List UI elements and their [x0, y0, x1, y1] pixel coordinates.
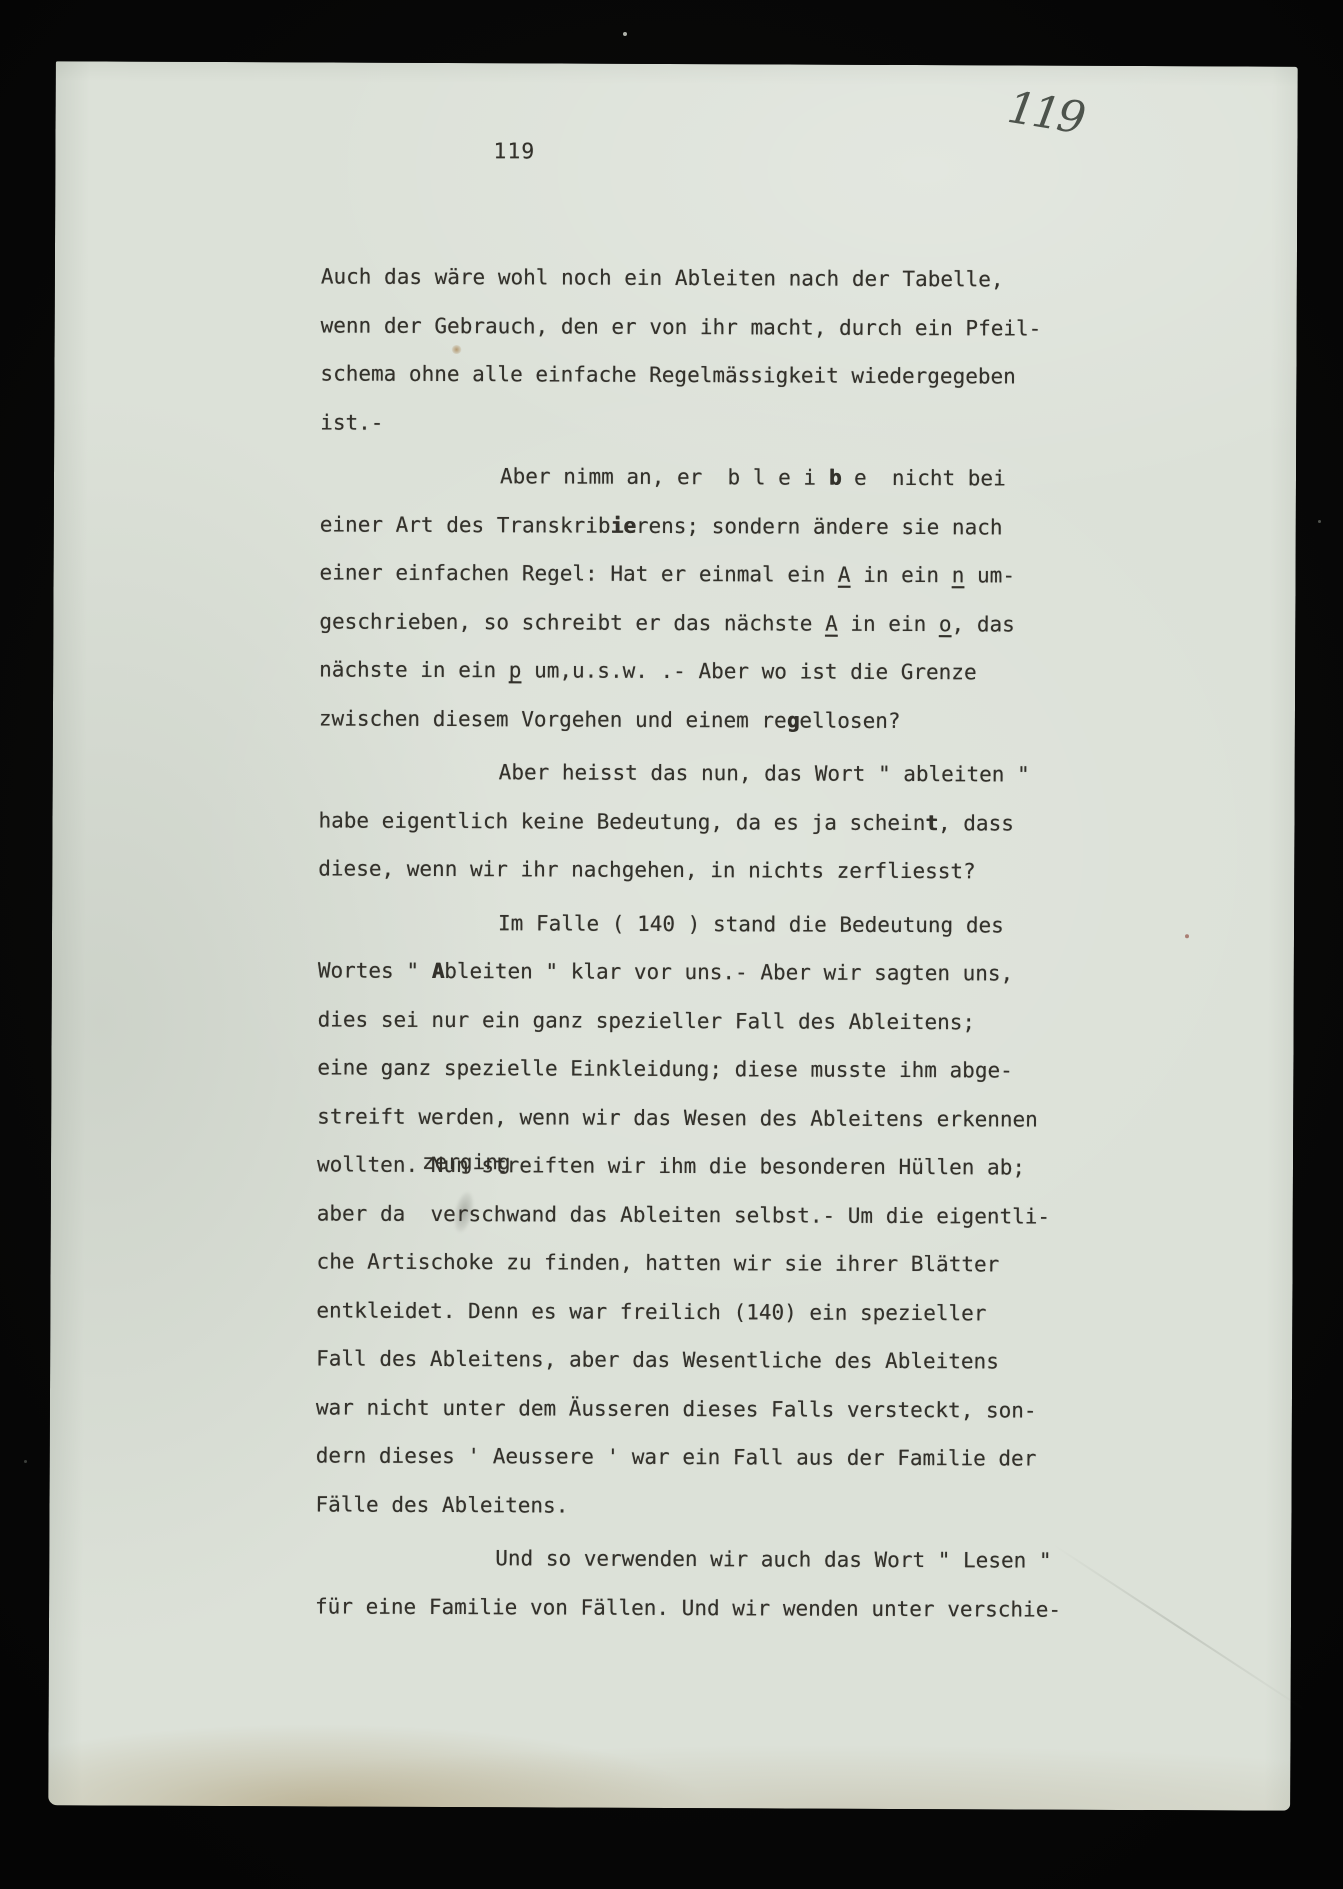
text-segment: einer einfachen Regel: Hat er einmal ein: [320, 560, 838, 586]
text-segment: nächste in ein: [319, 657, 509, 682]
text-segment: , dass: [938, 811, 1014, 835]
text-segment: für eine Familie von Fällen. Und wir wen…: [315, 1594, 1061, 1621]
dust-speck: [1318, 520, 1321, 523]
typed-text-line: Im Falle ( 140 ) stand die Bedeutung des: [318, 898, 1078, 950]
typed-text-line: zwischen diesem Vorgehen und einem regel…: [319, 694, 1079, 746]
typed-text-line: einer einfachen Regel: Hat er einmal ein…: [319, 548, 1079, 600]
text-segment: Fall des Ableitens, aber das Wesentliche…: [316, 1346, 999, 1373]
text-segment: zerging: [422, 1151, 511, 1172]
text-segment: Aber nimm an, er b l e i: [500, 464, 829, 489]
text-segment: che Artischoke zu finden, hatten wir sie…: [317, 1249, 1000, 1276]
underlined-letter: n: [952, 563, 965, 587]
dust-speck: [623, 32, 627, 36]
typed-text-line: aber da verschwand das Ableiten selbst.-…: [317, 1189, 1077, 1241]
overstruck-letter: g: [787, 708, 800, 732]
text-segment: in ein: [838, 611, 939, 635]
text-segment: entkleidet. Denn es war freilich (140) e…: [316, 1298, 986, 1325]
typed-text-line: einer Art des Transkribierens; sondern ä…: [320, 500, 1080, 552]
typed-text-line: Auch das wäre wohl noch ein Ableiten nac…: [321, 252, 1081, 304]
dust-speck: [24, 1460, 27, 1463]
text-segment: einer Art des Transkrib: [320, 512, 611, 537]
text-segment: war nicht unter dem Äusseren dieses Fall…: [316, 1395, 1037, 1422]
typed-text-line: für eine Familie von Fällen. Und wir wen…: [315, 1582, 1075, 1634]
overstruck-letter: ie: [611, 513, 636, 537]
underlined-letter: p: [509, 658, 522, 682]
typed-text-line: dern dieses ' Aeussere ' war ein Fall au…: [316, 1431, 1076, 1483]
paper-fleck: [1185, 934, 1189, 938]
underlined-letter: A: [825, 611, 838, 635]
typed-page-number: 119: [493, 139, 535, 164]
text-segment: dies sei nur ein ganz spezieller Fall de…: [318, 1007, 976, 1034]
text-segment: ellosen?: [799, 708, 900, 732]
typed-text-line: Aber heisst das nun, das Wort " ableiten…: [319, 747, 1079, 799]
text-segment: Fälle des Ableitens.: [315, 1492, 568, 1517]
typed-text-line: geschrieben, so schreibt er das nächste …: [319, 597, 1079, 649]
overstruck-letter: A: [432, 959, 445, 983]
scanned-page-photo: { "page": { "typed_page_number": "119", …: [0, 0, 1343, 1889]
text-segment: in ein: [851, 563, 952, 587]
typed-text-line: schema ohne alle einfache Regelmässigkei…: [320, 349, 1080, 401]
typed-text-line: Wortes " Ableiten " klar vor uns.- Aber …: [318, 946, 1078, 998]
text-segment: um-: [964, 563, 1015, 587]
text-segment: rens; sondern ändere sie nach: [636, 513, 1003, 539]
paper-crease: [1053, 1544, 1305, 1710]
handwritten-page-number: 119: [1004, 82, 1086, 144]
typed-text-line: Fall des Ableitens, aber das Wesentliche…: [316, 1334, 1076, 1386]
text-segment: Wortes ": [318, 958, 432, 982]
underlined-letter: o: [939, 612, 952, 636]
typed-text-line: Und so verwenden wir auch das Wort " Les…: [315, 1533, 1075, 1585]
text-segment: dern dieses ' Aeussere ' war ein Fall au…: [316, 1443, 1037, 1470]
text-segment: eine ganz spezielle Einkleidung; diese m…: [317, 1055, 1012, 1082]
typed-text-line: diese, wenn wir ihr nachgehen, in nichts…: [318, 844, 1078, 896]
text-segment: ist.-: [320, 410, 383, 434]
text-segment: Und so verwenden wir auch das Wort " Les…: [495, 1546, 1051, 1572]
text-segment: schema ohne alle einfache Regelmässigkei…: [320, 361, 1015, 388]
typed-text-line: ist.-: [320, 398, 1080, 450]
text-segment: bleiten " klar vor uns.- Aber wir sagten…: [444, 959, 1013, 985]
overstruck-letter: t: [925, 811, 938, 835]
text-segment: , das: [952, 612, 1015, 636]
text-segment: um,u.s.w. .- Aber wo ist die Grenze: [521, 658, 976, 684]
typed-text-line: habe eigentlich keine Bedeutung, da es j…: [318, 796, 1078, 848]
typed-text-line: entkleidet. Denn es war freilich (140) e…: [316, 1286, 1076, 1338]
text-segment: wenn der Gebrauch, den er von ihr macht,…: [321, 313, 1042, 340]
text-segment: aber da verschwand das Ableiten selbst.-…: [317, 1201, 1050, 1228]
text-segment: Auch das wäre wohl noch ein Ableiten nac…: [321, 264, 1004, 291]
typed-text-line: Fälle des Ableitens.: [315, 1480, 1075, 1532]
typed-text-line: che Artischoke zu finden, hatten wir sie…: [316, 1237, 1076, 1289]
text-segment: Aber heisst das nun, das Wort " ableiten…: [499, 760, 1030, 786]
text-segment: habe eigentlich keine Bedeutung, da es j…: [318, 808, 925, 835]
typed-text-line: nächste in ein p um,u.s.w. .- Aber wo is…: [319, 645, 1079, 697]
text-segment: Im Falle ( 140 ) stand die Bedeutung des: [498, 911, 1004, 937]
document-page: 119 119 Auch das wäre wohl noch ein Able…: [48, 61, 1298, 1810]
text-segment: streift werden, wenn wir das Wesen des A…: [317, 1104, 1038, 1131]
typed-text-line: Aber nimm an, er b l e i b e nicht bei: [320, 451, 1080, 503]
underlined-letter: A: [838, 563, 851, 587]
text-segment: diese, wenn wir ihr nachgehen, in nichts…: [318, 856, 976, 883]
typed-text-line: war nicht unter dem Äusseren dieses Fall…: [316, 1383, 1076, 1435]
text-segment: zwischen diesem Vorgehen und einem re: [319, 706, 787, 732]
text-block: Auch das wäre wohl noch ein Ableiten nac…: [315, 252, 1081, 1633]
text-segment: e nicht bei: [841, 466, 1005, 491]
overstruck-letter: b: [829, 466, 842, 490]
typed-text-line: wenn der Gebrauch, den er von ihr macht,…: [321, 301, 1081, 353]
typed-text-line: dies sei nur ein ganz spezieller Fall de…: [318, 995, 1078, 1047]
text-segment: geschrieben, so schreibt er das nächste: [319, 609, 825, 635]
typed-text-line: eine ganz spezielle Einkleidung; diese m…: [317, 1043, 1077, 1095]
typed-text-line: streift werden, wenn wir das Wesen des A…: [317, 1092, 1077, 1144]
